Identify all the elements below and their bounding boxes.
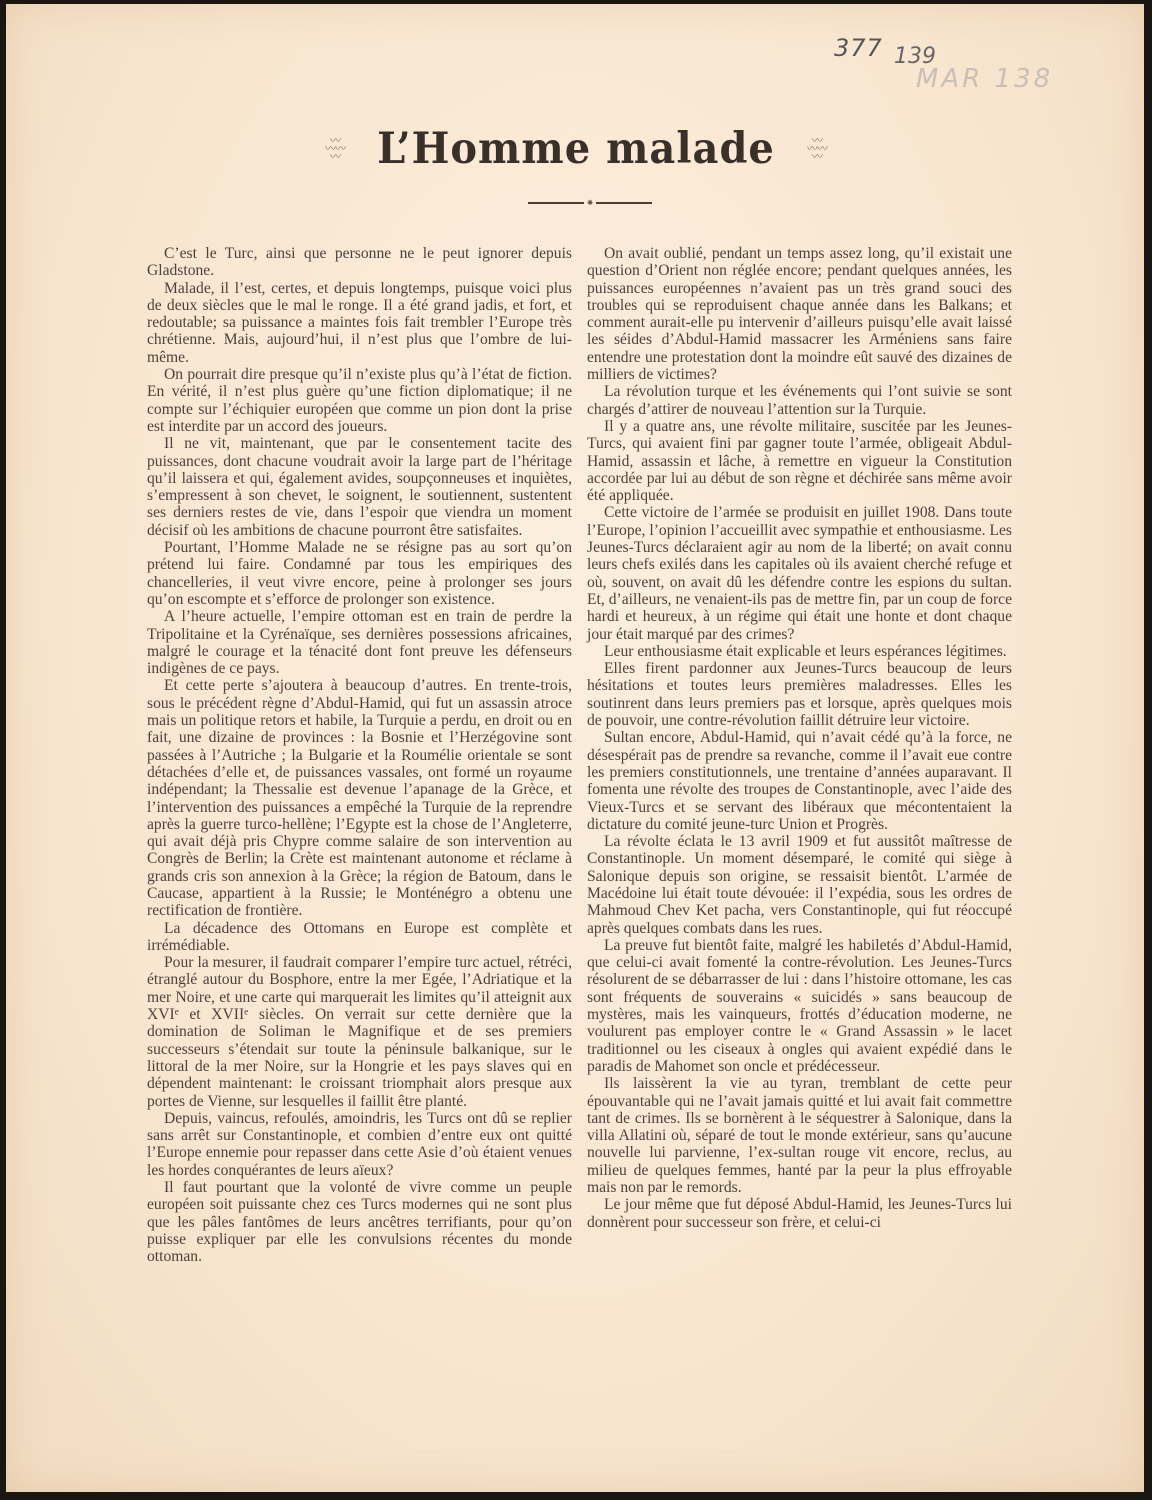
paragraph: Il faut pourtant que la volonté de vivre… xyxy=(147,1179,572,1265)
scan-edge xyxy=(0,1492,1152,1500)
paragraph: La preuve fut bientôt faite, malgré les … xyxy=(587,937,1012,1075)
paragraph: La révolte éclata le 13 avril 1909 et fu… xyxy=(587,833,1012,937)
handwritten-annotation: 377 xyxy=(834,34,883,62)
faint-stamp-annotation: MAR 138 xyxy=(916,64,1053,94)
paragraph: A l’heure actuelle, l’empire ottoman est… xyxy=(147,608,572,677)
title-divider: ⁕ xyxy=(528,198,652,208)
paragraph: On avait oublié, pendant un temps assez … xyxy=(587,245,1012,383)
divider-line xyxy=(528,202,584,204)
paragraph: La révolution turque et les événements q… xyxy=(587,383,1012,418)
text-column-right: On avait oublié, pendant un temps assez … xyxy=(587,245,1012,1231)
paragraph: Pour la mesurer, il faudrait comparer l’… xyxy=(147,954,572,1110)
paragraph: Malade, il l’est, certes, et depuis long… xyxy=(147,280,572,366)
title-block: 〰〰〰〰 L’Homme malade 〰〰〰〰 xyxy=(0,125,1152,172)
text-column-left: C’est le Turc, ainsi que personne ne le … xyxy=(147,245,572,1266)
paragraph: Sultan encore, Abdul-Hamid, qui n’avait … xyxy=(587,729,1012,833)
paragraph: Pourtant, l’Homme Malade ne se résigne p… xyxy=(147,539,572,608)
paragraph: Leur enthousiasme était explicable et le… xyxy=(587,643,1012,660)
paragraph: Il y a quatre ans, une révolte militaire… xyxy=(587,418,1012,504)
paragraph: C’est le Turc, ainsi que personne ne le … xyxy=(147,245,572,280)
paragraph: Elles firent pardonner aux Jeunes-Turcs … xyxy=(587,660,1012,729)
paragraph: Depuis, vaincus, refoulés, amoindris, le… xyxy=(147,1110,572,1179)
paragraph: Ils laissèrent la vie au tyran, tremblan… xyxy=(587,1075,1012,1196)
paragraph: Cette victoire de l’armée se produisit e… xyxy=(587,504,1012,642)
paragraph: Il ne vit, maintenant, que par le consen… xyxy=(147,435,572,539)
asterism-icon: ⁕ xyxy=(586,198,594,209)
paragraph: On pourrait dire presque qu’il n’existe … xyxy=(147,366,572,435)
page-title: L’Homme malade xyxy=(377,123,775,174)
paragraph: La décadence des Ottomans en Europe est … xyxy=(147,920,572,955)
wavy-ornament-right-icon: 〰〰〰〰 xyxy=(807,137,827,161)
paragraph: Et cette perte s’ajoutera à beaucoup d’a… xyxy=(147,677,572,919)
wavy-ornament-left-icon: 〰〰〰〰 xyxy=(325,137,345,161)
paragraph: Le jour même que fut déposé Abdul-Hamid,… xyxy=(587,1196,1012,1231)
divider-line xyxy=(596,202,652,204)
